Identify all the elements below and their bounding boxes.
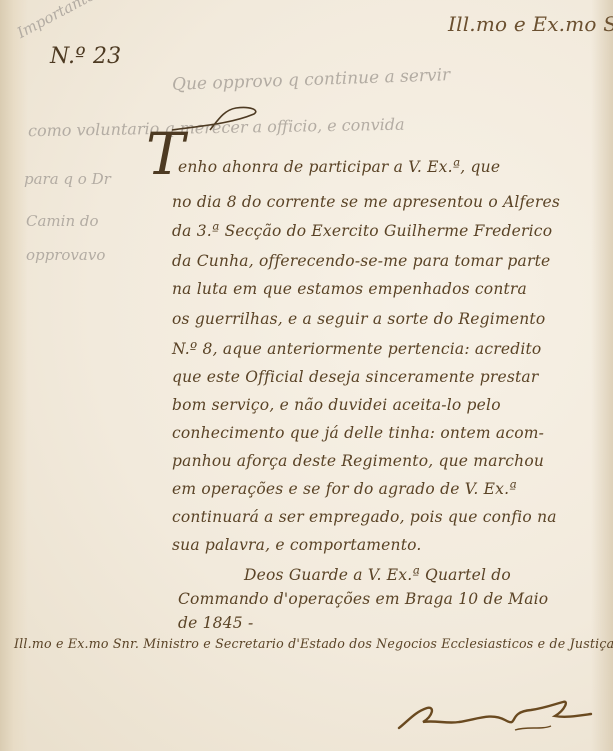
body-line: panhou aforça deste Regimento, que march… bbox=[172, 452, 544, 470]
salutation: Ill.mo e Ex.mo Sr. bbox=[448, 12, 613, 36]
pencil-margin-line: para q o Dr bbox=[24, 170, 111, 188]
addressee-line: Ill.mo e Ex.mo Snr. Ministro e Secretari… bbox=[14, 636, 613, 651]
signature-scribble-icon bbox=[395, 690, 595, 740]
closing-line: Commando d'operações em Braga 10 de Maio bbox=[178, 590, 548, 608]
document-number: N.º 23 bbox=[50, 44, 121, 69]
body-line: os guerrilhas, e a seguir a sorte do Reg… bbox=[172, 310, 545, 328]
body-line: que este Official deseja sinceramente pr… bbox=[172, 368, 538, 386]
body-line: continuará a ser empregado, pois que con… bbox=[172, 508, 557, 526]
pencil-top-note: Que opprovo q continue a servir bbox=[172, 65, 451, 95]
body-line: sua palavra, e comportamento. bbox=[172, 536, 422, 554]
pencil-margin-line: opprovavo bbox=[26, 246, 105, 264]
body-line: N.º 8, aque anteriormente pertencia: acr… bbox=[172, 340, 541, 358]
pencil-margin-line: Camin do bbox=[26, 212, 99, 230]
body-line: em operações e se for do agrado de V. Ex… bbox=[172, 480, 517, 498]
body-line: na luta em que estamos empenhados contra bbox=[172, 280, 527, 298]
body-line: conhecimento que já delle tinha: ontem a… bbox=[172, 424, 544, 442]
body-line: no dia 8 do corrente se me apresentou o … bbox=[172, 193, 560, 211]
body-line: enho ahonra de participar a V. Ex.ª, que bbox=[178, 158, 500, 176]
body-line: da Cunha, offerecendo-se-me para tomar p… bbox=[172, 252, 550, 270]
manuscript-page: Importante Que opprovo q continue a serv… bbox=[0, 0, 613, 751]
dropcap-letter: T bbox=[146, 120, 185, 188]
body-line: da 3.ª Secção do Exercito Guilherme Fred… bbox=[172, 222, 552, 240]
closing-line: Deos Guarde a V. Ex.ª Quartel do bbox=[244, 566, 511, 584]
body-line: bom serviço, e não duvidei aceita-lo pel… bbox=[172, 396, 501, 414]
closing-line: de 1845 - bbox=[178, 614, 253, 632]
